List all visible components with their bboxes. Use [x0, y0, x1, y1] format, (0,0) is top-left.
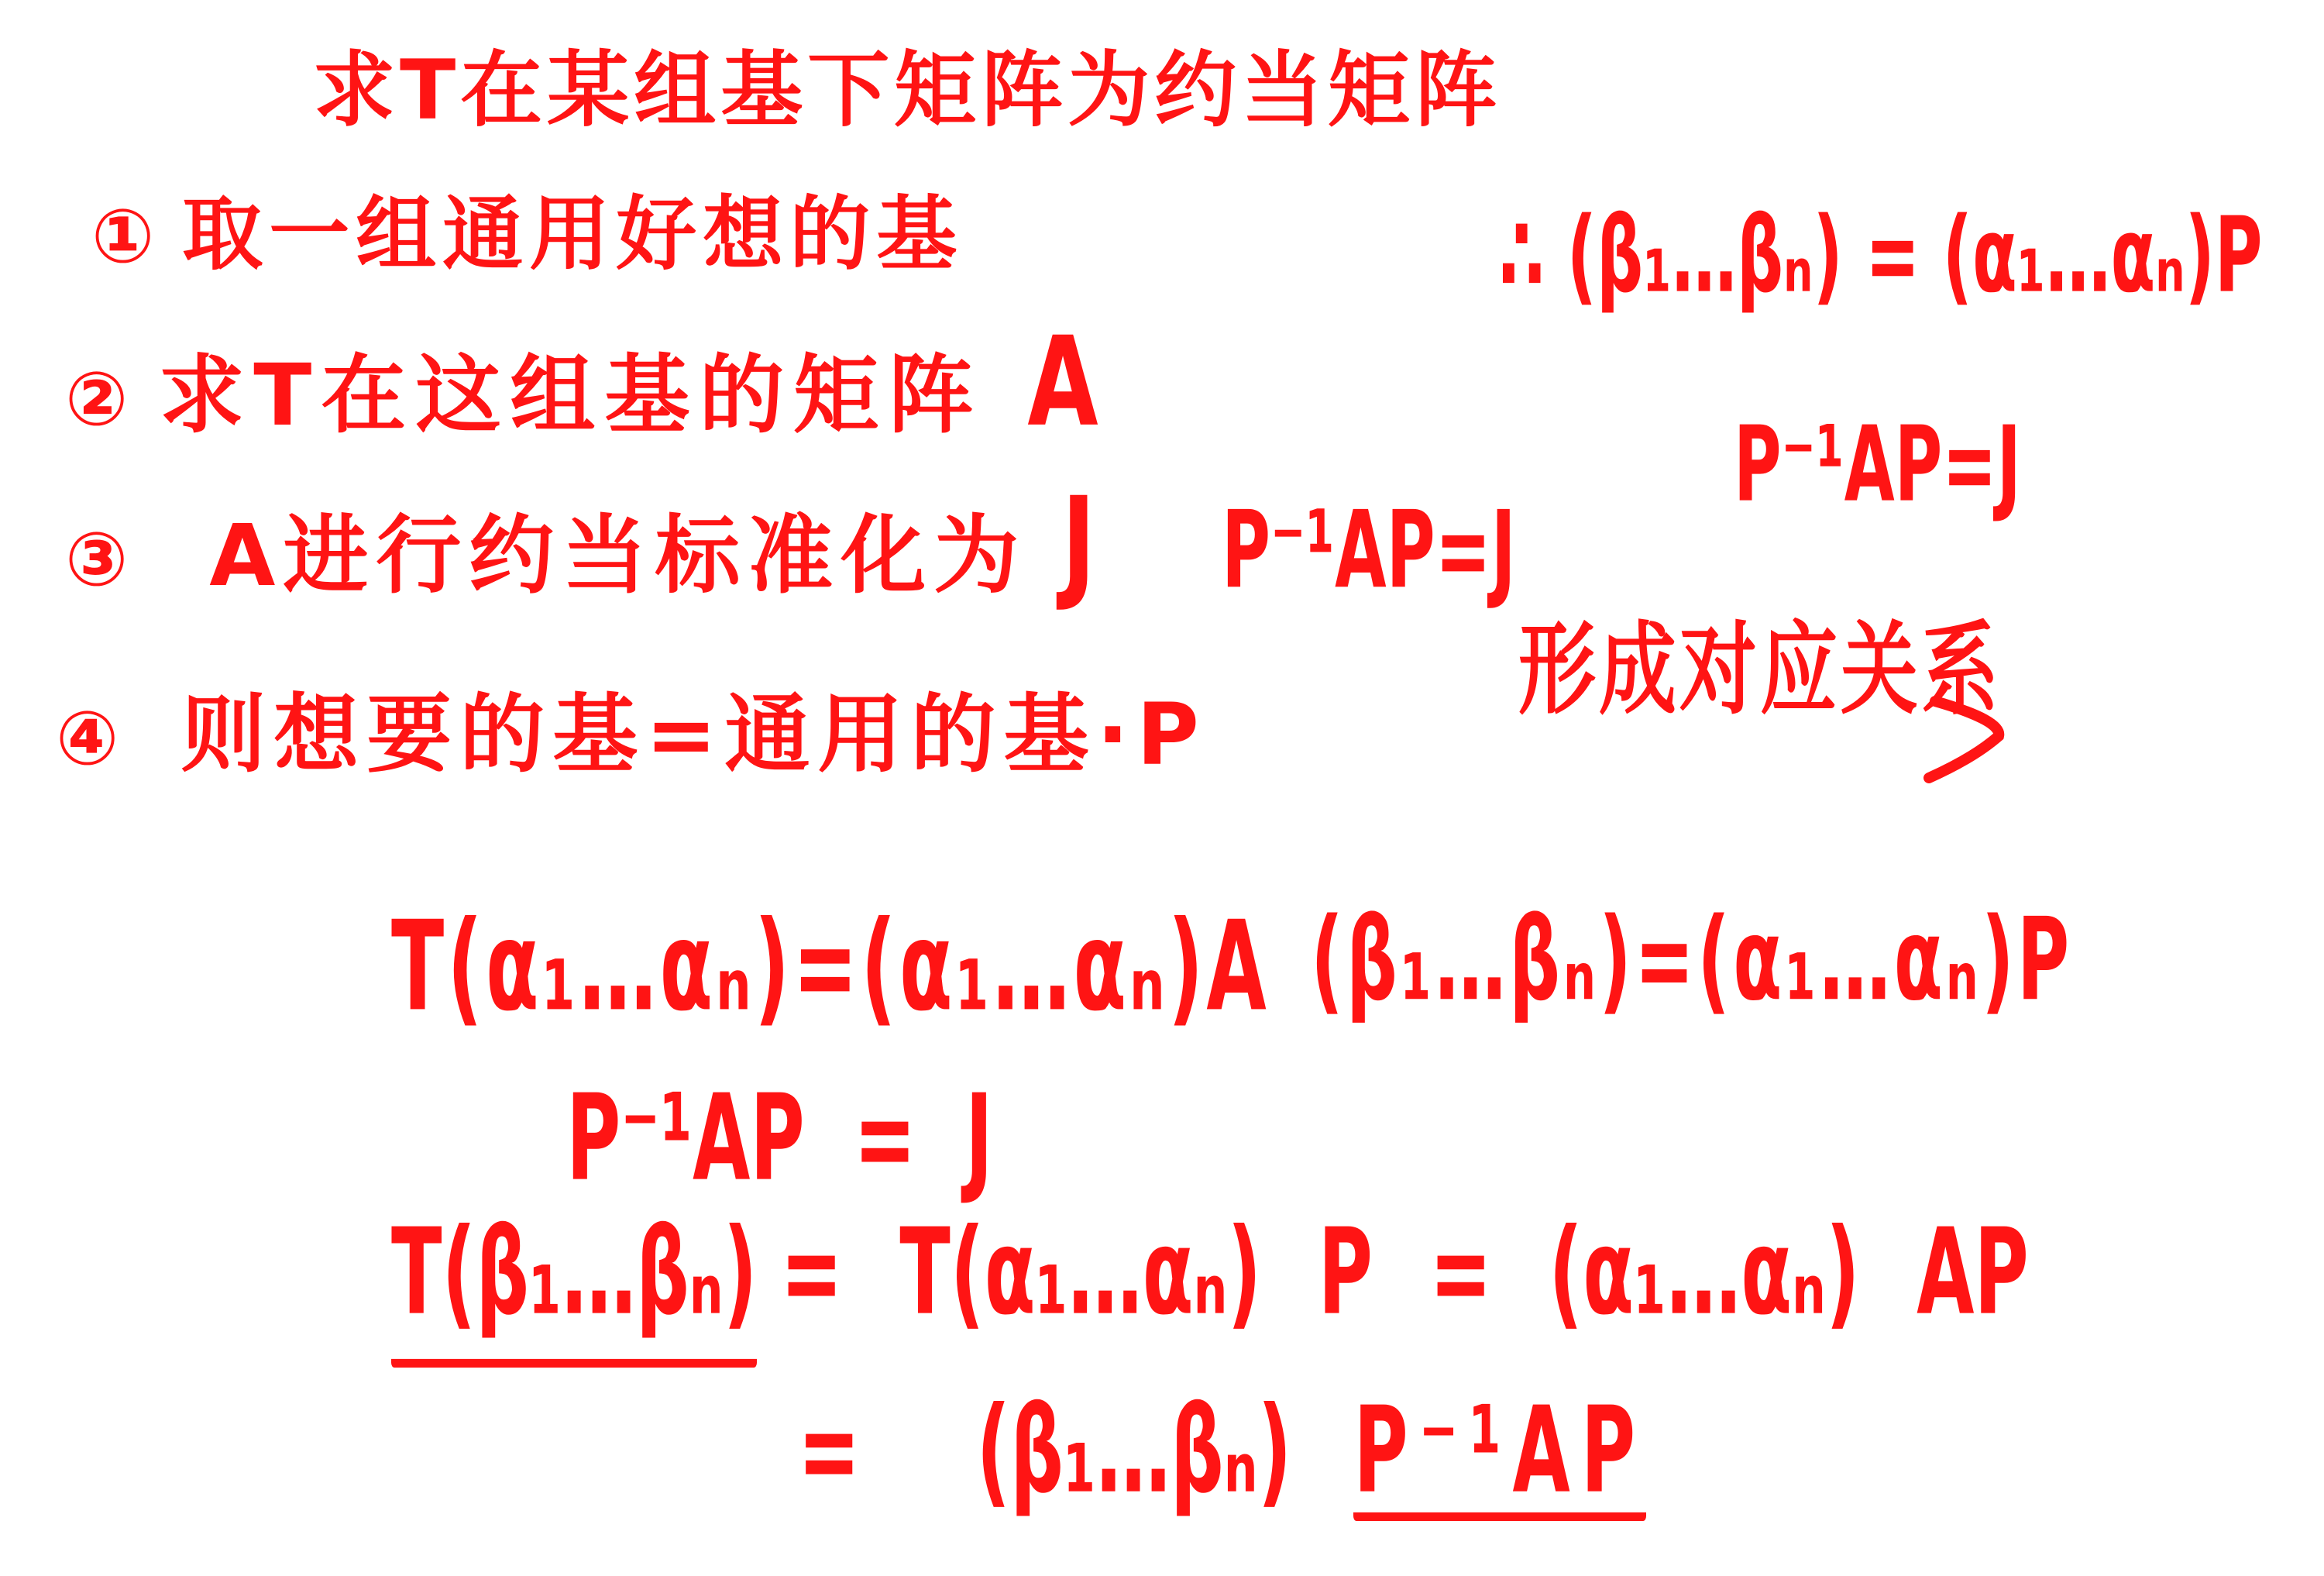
equation-matrix-of-t: T(α₁…αₙ)=(α₁…αₙ)A — [391, 905, 1270, 1029]
step-4: ④ 则想要的基=通用的基·P — [56, 692, 1207, 777]
step-text: 则想要的基=通用的基·P — [180, 692, 1207, 777]
step-3: ③ A进行约当标准化为 J — [65, 508, 1095, 599]
step-text: 取一组通用好想的基 — [182, 194, 963, 274]
equation-rhs: = T(α₁…αₙ) P = (α₁…αₙ) AP — [780, 1213, 2028, 1332]
step-number-badge: ④ — [56, 701, 119, 776]
side-note-similarity: P⁻¹AP=J — [1734, 412, 2021, 516]
underlined-matrix: P⁻¹AP — [1353, 1391, 1646, 1521]
equation-result: = (β₁…βₙ) P⁻¹AP — [798, 1391, 1646, 1521]
underlined-lhs: T(β₁…βₙ) — [391, 1213, 757, 1368]
side-note-basis-change: ∴ (β₁…βₙ) = (α₁…αₙ)P — [1499, 203, 2262, 307]
equation-transition-matrix: (β₁…βₙ)=(α₁…αₙ)P — [1311, 903, 2072, 1017]
equation-similarity: P⁻¹AP = J — [566, 1079, 993, 1198]
side-note-correspondence: 形成对应关系 — [1518, 620, 2002, 721]
equals-sign: = — [798, 1391, 860, 1510]
step-text: 求T在这组基的矩阵 — [159, 353, 982, 438]
step-1: ① 取一组通用好想的基 — [91, 194, 963, 274]
step-2: ② 求T在这组基的矩阵 A — [65, 347, 1098, 439]
step-number-badge: ② — [65, 362, 128, 436]
note-title: 求T在某组基下矩阵为约当矩阵 — [313, 50, 1501, 132]
new-basis: (β₁…βₙ) — [976, 1391, 1291, 1510]
step-number-badge: ① — [91, 199, 154, 274]
matrix-symbol-a: A — [1027, 320, 1098, 443]
equation-image-of-new-basis: T(β₁…βₙ) = T(α₁…αₙ) P = (α₁…αₙ) AP — [391, 1213, 2029, 1368]
step-number-badge: ③ — [65, 522, 128, 597]
step-text: A进行约当标准化为 — [209, 513, 1026, 598]
similarity-formula: P⁻¹AP=J — [1222, 497, 1516, 604]
handwritten-note-page: 求T在某组基下矩阵为约当矩阵 ① 取一组通用好想的基 ② 求T在这组基的矩阵 A… — [0, 0, 2324, 1576]
jordan-symbol-j: J — [1061, 480, 1095, 604]
